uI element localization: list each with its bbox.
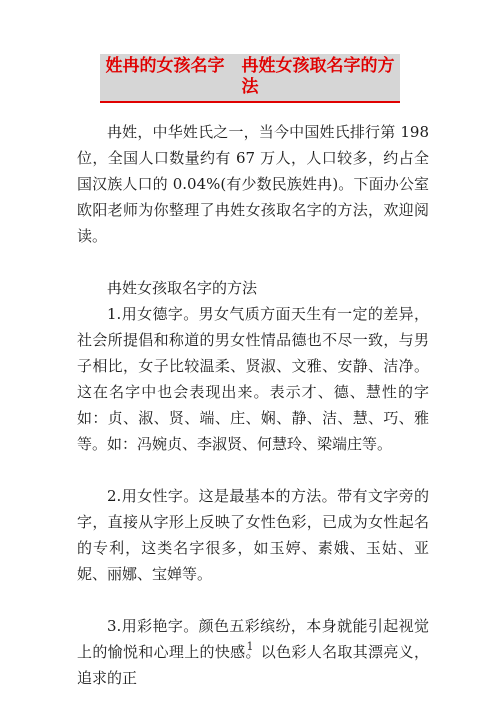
document-body: 冉姓，中华姓氏之一，当今中国姓氏排行第 198 位，全国人口数量约有 67 万人… — [77, 119, 429, 691]
section-heading: 冉姓女孩取名字的方法 — [77, 275, 429, 301]
method-item-2: 2.用女性字。这是最基本的方法。带有文字旁的字，直接从字形上反映了女性色彩，已成… — [77, 483, 429, 587]
intro-paragraph: 冉姓，中华姓氏之一，当今中国姓氏排行第 198 位，全国人口数量约有 67 万人… — [77, 119, 429, 249]
document-page: 姓冉的女孩名字 冉姓女孩取名字的方法 冉姓，中华姓氏之一，当今中国姓氏排行第 1… — [0, 0, 500, 708]
title-row: 姓冉的女孩名字 冉姓女孩取名字的方法 — [0, 54, 500, 103]
page-title: 姓冉的女孩名字 冉姓女孩取名字的方法 — [100, 54, 400, 103]
page-number: 1 — [0, 640, 500, 653]
method-item-1: 1.用女德字。男女气质方面天生有一定的差异，社会所提倡和称道的男女性情品德也不尽… — [77, 301, 429, 457]
